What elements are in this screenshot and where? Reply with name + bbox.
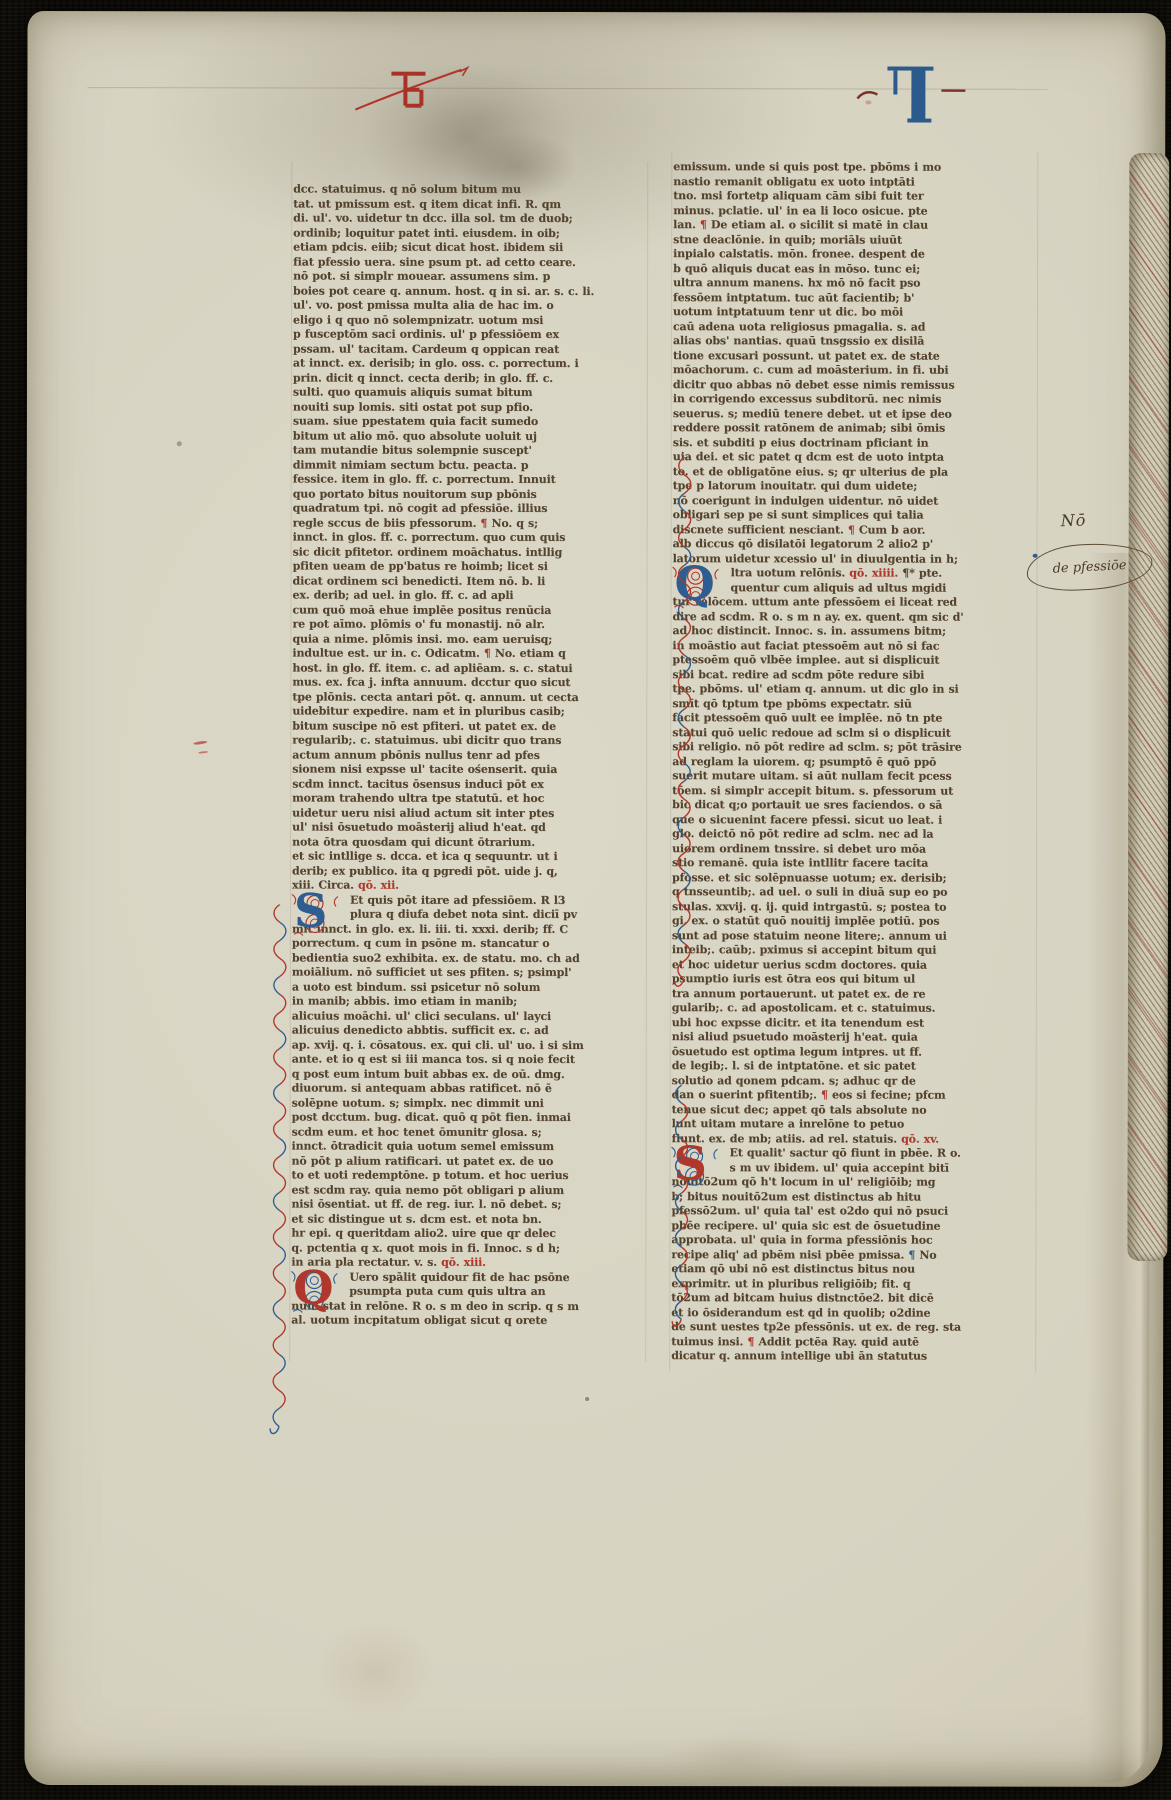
text-line: quia a nime. plōmis insi. mo. eam ueruis…: [292, 632, 644, 647]
text-line: prin. dicit q innct. cecta derib; in glo…: [293, 371, 645, 386]
text-line: ad hoc distincit. Innoc. s. in. assumens…: [672, 624, 1036, 639]
text-line: ul'. vo. post pmissa multa alia de hac i…: [293, 298, 645, 313]
ink-text: suam. siue ppestatem quia facit sumedo: [293, 414, 538, 427]
text-line: diuorum. si antequam abbas ratificet. nō…: [292, 1081, 644, 1096]
ink-text: regle sccus de biis pfessorum.: [293, 516, 481, 529]
ink-text: smīt qō tptum tpe pbōms expectatr. siū: [672, 697, 911, 710]
ink-text: discnete sufficient nesciant.: [673, 523, 848, 536]
ink-text: tpe plōnis. cecta antari pōt. q. annum. …: [292, 690, 578, 703]
ink-text: dan o suerint pfitentib;.: [672, 1088, 821, 1101]
text-line: dcc. statuimus. q nō solum bitum mu: [293, 182, 645, 197]
ink-text: indultue est. ur in. c. Odicatm.: [292, 646, 483, 659]
ink-text: inpialo calstatis. mōn. fronee. despent …: [673, 247, 925, 260]
text-line: nouitō2um qō h't locum in ul' religiōib;…: [671, 1175, 1035, 1190]
ink-text: mus. ex. fca j. infta annuum. dcctur quo…: [292, 675, 570, 688]
text-line: sibi religio. nō pōt redire ad sclm. s; …: [672, 740, 1036, 755]
ink-text: seuerus. s; mediū tenere debet. ut et ip…: [673, 407, 952, 420]
text-line: sulti. quo quamuis aliquis sumat bitum: [293, 385, 645, 400]
ink-text: bic dicat q;o portauit ue sres faciendos…: [672, 798, 942, 811]
text-line: stio remanē. quia iste intllitr facere t…: [672, 856, 1036, 871]
text-line: alb diccus qō disilatōi legatorum 2 alio…: [673, 537, 1037, 552]
ink-text: tat. ut pmissum est. q item dicat infi. …: [293, 197, 561, 210]
text-line: uotum intptatuum tenr ut dic. bo mōi: [673, 305, 1037, 320]
text-line: alias obs' nantias. quaū tnsgssio ex dis…: [673, 334, 1037, 349]
ink-text: etiam pdcis. eiib; sicut dicat host. ibi…: [293, 240, 563, 253]
ink-text: nisi aliud psuetudo moāsterij h'eat. qui…: [672, 1030, 918, 1043]
ink-text: ptessoēm quō vlbēe implee. aut si displi…: [672, 653, 939, 666]
text-line: xiii. Circa. qō. xii.: [292, 878, 644, 893]
text-line: q tnsseuntib;. ad uel. o suli in diuā su…: [672, 885, 1036, 900]
ink-text: et sic distingue ut s. dcm est. et nota …: [291, 1212, 541, 1225]
ink-text: in moāstio aut faciat ptessoēm aut nō si…: [672, 639, 939, 652]
text-line: derib; ex publico. ita q pgredi pōt. uid…: [292, 864, 644, 879]
ink-text: approbata. ul' quia in forma pfessiōnis …: [671, 1233, 932, 1246]
red-margin-mark: [193, 740, 207, 745]
text-line: tione excusari possunt. ut patet ex. de …: [673, 349, 1037, 364]
text-line: b; bitus nouitō2um est distinctus ab hit…: [671, 1190, 1035, 1205]
ink-text: uidetur ueru nisi aliud actum sit inter …: [292, 806, 554, 819]
text-line: mit innct. in glo. ex. li. iii. ti. xxxi…: [292, 922, 644, 937]
text-line: pbēe recipere. ul' quia sic est de ōsuet…: [671, 1219, 1035, 1234]
ink-text: quadratum tpi. nō cogit ad pfessiōe. ill…: [293, 501, 548, 514]
rubric-red-text: ¶: [700, 218, 707, 231]
text-line: fiunt. ex. de mb; atiis. ad rel. statuis…: [672, 1132, 1036, 1147]
ink-text: to. et de obligatōne eius. s; qr ulteriu…: [673, 465, 948, 478]
pen-flourish-chain: [269, 904, 290, 1439]
text-line: dan o suerint pfitentib;. ¶ eos si fecin…: [672, 1088, 1036, 1103]
text-line: inpialo calstatis. mōn. fronee. despent …: [673, 247, 1037, 262]
text-line: tō2um ad bitcam huius distnctōe2. bit di…: [671, 1291, 1035, 1306]
text-line: bic dicat q;o portauit ue sres faciendos…: [672, 798, 1036, 813]
ink-text: dicitr quo abbas nō debet esse nimis rem…: [673, 378, 955, 391]
ink-text: dicat ordinem sci benedicti. Item nō. b.…: [293, 574, 546, 587]
text-line: quentur cum aliquis ad ultus mgidi: [731, 581, 1037, 596]
ink-text: mōachorum. c. cum ad moāsterium. in fi. …: [673, 363, 949, 376]
text-line: tuimus insi. ¶ Addit pctēa Ray. quid aut…: [671, 1335, 1035, 1350]
text-line: pfessō2um. ul' quia tal' est o2do qui nō…: [671, 1204, 1035, 1219]
text-line: tur relōcem. uttum ante pfessōem ei lice…: [673, 595, 1037, 610]
text-line: ante. et io q est si iii manca tos. si q…: [292, 1052, 644, 1067]
ink-text: sis. et subditi p eius doctrinam pfician…: [673, 436, 929, 449]
ink-text: etiam qō ubi nō est distinctus bitus nou: [671, 1262, 915, 1275]
text-line: tpe p latorum inouitatr. qui dum uidete;: [673, 479, 1037, 494]
ink-text: alicuius denedicto abbtis. sufficit ex. …: [292, 1023, 549, 1036]
ink-text: ultra annum manens. hx mō nō facit pso: [673, 276, 920, 289]
fore-edge-of-next-leaf: [1127, 153, 1169, 1261]
ink-text: innct. ōtradicit quia uotum semel emissu…: [292, 1139, 554, 1152]
ink-text: tra annum portauerunt. ut patet ex. de r…: [672, 987, 926, 1000]
text-line: bitum suscipe nō est pfiteri. ut patet e…: [292, 719, 644, 734]
ink-text: sionem nisi expsse ul' tacite ośenserit.…: [292, 762, 557, 775]
text-line: bitum ut alio mō. quo absolute uoluit uj: [293, 429, 645, 444]
ink-text: pbēe recipere. ul' quia sic est de ōsuet…: [671, 1219, 940, 1232]
text-line: to. et de obligatōne eius. s; qr ulteriu…: [673, 465, 1037, 480]
text-line: ad reglam la uiorem. q; psumptō ē quō pp…: [672, 755, 1036, 770]
ink-text: boies pot ceare q. annum. host. q in si.…: [293, 284, 594, 298]
text-line: uidetur ueru nisi aliud actum sit inter …: [292, 806, 644, 821]
text-line: stulas. xxvij. q. ij. quid intrgastū. s;…: [672, 900, 1036, 915]
text-column-right: emissum. unde si quis post tpe. pbōms i …: [671, 160, 1037, 1364]
text-line: et hoc uidetur uerius scdm doctores. qui…: [672, 958, 1036, 973]
text-block: QUero spālit quidour fit de hac psōnepsu…: [291, 1270, 643, 1329]
text-line: indultue est. ur in. c. Odicatm. ¶ No. e…: [292, 646, 644, 661]
text-line: nō coerigunt in indulgen uidentur. nō ui…: [673, 494, 1037, 509]
text-line: quadratum tpi. nō cogit ad pfessiōe. ill…: [293, 501, 645, 516]
ink-text: q post eum intum buit abbas ex. de oū. d…: [292, 1067, 565, 1080]
ink-text: uidebitur expedire. nam et in pluribus c…: [292, 704, 564, 717]
text-line: dicitr quo abbas nō debet esse nimis rem…: [673, 378, 1037, 393]
ink-text: exprimitr. ut in pluribus religiōib; fit…: [671, 1277, 910, 1290]
text-line: uia dei. et sic patet q dcm est de uoto …: [673, 450, 1037, 465]
ink-text: bitum suscipe nō est pfiteri. ut patet e…: [292, 719, 556, 732]
ink-text: ubi hoc expsse dicitr. et ita tenendum e…: [672, 1016, 924, 1029]
text-line: sunt ad pose statuim neone litere;. annu…: [672, 929, 1036, 944]
ink-text: to et uoti redemptōne. p totum. et hoc u…: [292, 1168, 569, 1181]
text-block: SEt qualit' sactur qō fiunt in pbēe. R o…: [671, 1146, 1035, 1364]
text-line: sic dicit pfitetor. ordinem moāchatus. i…: [293, 545, 645, 560]
text-line: gularib;. c. ad apostolicam. et c. statu…: [672, 1001, 1036, 1016]
ink-text: innct. in glos. ff. c. porrectum. quo cu…: [293, 530, 566, 543]
text-line: porrectum. q cum in psōne m. stancatur o: [292, 936, 644, 951]
text-line: Et quis pōt itare ad pfessiōem. R l3: [350, 893, 644, 908]
ink-text: tpe. pbōms. ul' etiam q. annum. ut dic g…: [672, 682, 958, 695]
ink-text: stio remanē. quia iste intllitr facere t…: [672, 856, 928, 869]
ink-text: p fusceptōm saci ordinis. ul' p pfessiōe…: [293, 327, 559, 340]
text-line: at innct. ex. derisib; in glo. oss. c. p…: [293, 356, 645, 371]
ink-text: et io ōsiderandum est qd in quolib; o2di…: [671, 1306, 930, 1319]
text-line: p fusceptōm saci ordinis. ul' p pfessiōe…: [293, 327, 645, 342]
ink-text: sibi bcat. redire ad scdm pōte redure si…: [672, 668, 924, 681]
text-line: re pot aīmo. plōmis o' fu monastij. nō a…: [292, 617, 644, 632]
text-line: eligo i q quo nō solempnizatr. uotum msi: [293, 313, 645, 328]
ink-text: nota ōtra quosdam qui dicunt ōtrarium.: [292, 835, 535, 848]
text-line: ul' nisi ōsuetudo moāsterij aliud h'eat.…: [292, 820, 644, 835]
text-line: glo. deictō nō pōt redire ad sclm. nec a…: [672, 827, 1036, 842]
ink-text: psumpta puta cum quis ultra an: [349, 1285, 545, 1298]
text-block: SEt quis pōt itare ad pfessiōem. R l3plu…: [291, 893, 644, 1271]
text-line: solutio ad qonem pdcam. s; adhuc qr de: [672, 1074, 1036, 1089]
text-line: nouiti sup lomis. siti ostat pot sup pfi…: [293, 400, 645, 415]
blue-paraph: ¶: [908, 1248, 915, 1261]
ink-text: uotum intptatuum tenr ut dic. bo mōi: [673, 305, 903, 318]
text-line: innct. ōtradicit quia uotum semel emissu…: [292, 1139, 644, 1154]
text-line: in moāstio aut faciat ptessoēm aut nō si…: [672, 639, 1036, 654]
rubric-red-text: ¶: [480, 516, 487, 529]
text-line: dicat ordinem sci benedicti. Item nō. b.…: [293, 574, 645, 589]
text-line: stne deaclōnie. in quib; moriāls uiuūt: [673, 233, 1037, 248]
ink-text: nastio remanit obligatu ex uoto intptāti: [673, 175, 914, 188]
text-line: ltra uotum relōnis. qō. xiiii. ¶* pte.: [731, 566, 1037, 581]
ink-text: suerit mutare uitam. si aūt nullam fecit…: [672, 769, 951, 782]
text-line: recipe aliq' ad pbēm nisi pbēe pmissa. ¶…: [671, 1248, 1035, 1263]
text-line: regle sccus de biis pfessorum. ¶ No. q s…: [293, 516, 645, 531]
ink-text: tione excusari possunt. ut patet ex. de …: [673, 349, 940, 362]
pen-flourish-chain: [671, 1085, 691, 1334]
ink-text: regularib;. c. statuimus. ubi dicitr quo…: [292, 733, 561, 746]
ink-text: nouiti sup lomis. siti ostat pot sup pfi…: [293, 400, 533, 413]
text-line: al. uotum incpitatum obligat sicut q ore…: [291, 1313, 643, 1328]
text-line: ubi hoc expsse dicitr. et ita tenendum e…: [672, 1016, 1036, 1031]
ink-text: tno. msi fortetp aliquam cām sibi fuit t…: [673, 189, 923, 202]
ink-text: ante. et io q est si iii manca tos. si q…: [292, 1052, 575, 1065]
ink-text: quia a nime. plōmis insi. mo. eam ueruis…: [292, 632, 552, 645]
text-line: pfiten ueam de pp'batus re hoimb; licet …: [293, 559, 645, 574]
text-line: di. ul'. vo. uidetur tn dcc. illa sol. t…: [293, 211, 645, 226]
text-line: inteib;. caūb;. pximus si accepint bitum…: [672, 943, 1036, 958]
ink-text: ul'. vo. post pmissa multa alia de hac i…: [293, 298, 554, 311]
text-line: lunt uitam mutare a inrelōne to petuo: [672, 1117, 1036, 1132]
pen-flourish-chain: [674, 457, 695, 987]
ink-text: diuorum. si antequam abbas ratificet. nō…: [292, 1081, 552, 1094]
ink-text: ad hoc distincit. Innoc. s. in. assumens…: [672, 624, 945, 637]
ink-text: nō pōt p alium ratificari. ut patet ex. …: [292, 1154, 554, 1167]
ink-text: hr epi. q queritdam alio2. uire que qr d…: [291, 1226, 555, 1239]
ink-text: de legib;. l. si de intptatōne. et sic p…: [672, 1059, 916, 1072]
ink-text: in corrigendo excessus subditorū. nec ni…: [673, 392, 941, 405]
ink-text: fiat pfessio uera. sine psum pt. ad cett…: [293, 255, 576, 268]
text-line: discnete sufficient nesciant. ¶ Cum b ao…: [673, 523, 1037, 538]
text-line: suam. siue ppestatem quia facit sumedo: [293, 414, 645, 429]
text-line: alicuius denedicto abbtis. sufficit ex. …: [292, 1023, 644, 1038]
text-line: lan. ¶ De etiam al. o sicilit si matē in…: [673, 218, 1037, 233]
ink-text: et hoc uidetur uerius scdm doctores. qui…: [672, 958, 927, 971]
text-line: minus. pclatie. ul' in ea li loco osicue…: [673, 204, 1037, 219]
text-line: psumpta puta cum quis ultra an: [349, 1285, 643, 1300]
ink-text: facit ptessoēm quō uult ee implēe. nō tn…: [672, 711, 942, 724]
text-line: tpe. pbōms. ul' etiam q. annum. ut dic g…: [672, 682, 1036, 697]
text-line: hr epi. q queritdam alio2. uire que qr d…: [291, 1226, 643, 1241]
text-line: statui quō uelic redoue ad sclm si o dis…: [672, 726, 1036, 741]
text-line: nō pot. si simplr mouear. assumens sim. …: [293, 269, 645, 284]
ink-text: uiorem ordinem tnssire. si debet uro mōa: [672, 842, 926, 855]
ink-text: eligo i q quo nō solempnizatr. uotum msi: [293, 313, 543, 326]
text-line: nisi aliud psuetudo moāsterij h'eat. qui…: [672, 1030, 1036, 1045]
text-line: fessōem intptatum. tuc aūt facientib; b': [673, 291, 1037, 306]
ink-text: host. in glo. ff. item. c. ad apliēam. s…: [292, 661, 572, 674]
ink-text: bitum ut alio mō. quo absolute uoluit uj: [293, 429, 537, 442]
ink-text: gi. ex. o statūt quō nouitij implēe poti…: [672, 914, 940, 927]
ruling-line: [645, 162, 648, 1362]
red-margin-mark: [198, 751, 208, 754]
text-line: ordinib; loquitur patet inti. eiusdem. i…: [293, 226, 645, 241]
text-line: obligari sep pe si sunt simplices qui ta…: [673, 508, 1037, 523]
ink-text: stulas. xxvij. q. ij. quid intrgastū. s;…: [672, 900, 946, 913]
ink-text: tō2um ad bitcam huius distnctōe2. bit di…: [671, 1291, 933, 1304]
illuminated-initial-Q: Q: [287, 1267, 341, 1314]
ink-text: de sunt uestes tp2e pfessōnis. ut ex. de…: [671, 1320, 961, 1334]
ink-text: a uoto est bindum. ssi psicetur nō solum: [292, 980, 540, 993]
text-line: alicuius moāchi. ul' clici seculans. ul'…: [292, 1009, 644, 1024]
text-line: scdm eum. et hoc tenet ōmunitr glosa. s;: [292, 1125, 644, 1140]
ink-text: obligari sep pe si sunt simplices qui ta…: [673, 508, 924, 521]
ink-text: scdm eum. et hoc tenet ōmunitr glosa. s;: [292, 1125, 542, 1138]
ink-text: tpe p latorum inouitatr. qui dum uidete;: [673, 479, 917, 492]
ink-text: cum quō moā ehue implēe positus renūcia: [292, 603, 551, 616]
text-line: regularib;. c. statuimus. ubi dicitr quo…: [292, 733, 644, 748]
text-line: seuerus. s; mediū tenere debet. ut et ip…: [673, 407, 1037, 422]
ink-text: glo. deictō nō pōt redire ad sclm. nec a…: [672, 827, 933, 840]
text-line: uiorem ordinem tnssire. si debet uro mōa: [672, 842, 1036, 857]
text-line: s m uv ibidem. ul' quia accepint bitī: [730, 1161, 1036, 1176]
text-line: Uero spālit quidour fit de hac psōne: [349, 1270, 643, 1285]
ink-text: Et quis pōt itare ad pfessiōem. R l3: [350, 893, 565, 906]
ink-text: q. pctentia q x. quot mois in fi. Innoc.…: [291, 1241, 559, 1254]
ink-text: caū adena uota religiosus pmagalia. s. a…: [673, 320, 925, 333]
manuscript-page: Nō de pfessiōe dcc. statuimus. q nō solu…: [24, 11, 1165, 1787]
text-line: latorum uidetur xcessio ul' in diuulgent…: [673, 552, 1037, 567]
text-line: tra annum portauerunt. ut patet ex. de r…: [672, 987, 1036, 1002]
text-block: Qltra uotum relōnis. qō. xiiii. ¶* pte.q…: [672, 566, 1037, 1147]
ink-text: emissum. unde si quis post tpe. pbōms i …: [673, 160, 941, 173]
text-line: suerit mutare uitam. si aūt nullam fecit…: [672, 769, 1036, 784]
text-line: de legib;. l. si de intptatōne. et sic p…: [672, 1059, 1036, 1074]
ink-text: pfosse. et sic solēpnuasse uotum; ex. de…: [672, 871, 946, 884]
ink-text: ad reglam la uiorem. q; psumptō ē quō pp…: [672, 755, 936, 768]
stain: [315, 1622, 435, 1722]
ink-text: dcc. statuimus. q nō solum bitum mu: [293, 182, 521, 195]
text-line: ap. xvij. q. i. cōsatous. ex. qui cli. u…: [292, 1038, 644, 1053]
ink-text: quentur cum aliquis ad ultus mgidi: [731, 581, 947, 594]
text-line: sibi bcat. redire ad scdm pōte redure si…: [672, 668, 1036, 683]
ink-text: De etiam al. o sicilit si matē in clau: [707, 218, 928, 231]
ink-text: No. etiam q: [491, 647, 566, 660]
text-line: et sic distingue ut s. dcm est. et nota …: [291, 1212, 643, 1227]
ink-text: recipe aliq' ad pbēm nisi pbēe pmissa.: [671, 1248, 908, 1261]
text-line: tōem. si simplr accepit bitum. s. pfesso…: [672, 784, 1036, 799]
quire-mark-blue-icon: [853, 42, 973, 122]
ink-text: minus. pclatie. ul' in ea li loco osicue…: [673, 204, 927, 217]
text-line: host. in glo. ff. item. c. ad apliēam. s…: [292, 661, 644, 676]
text-line: sis. et subditi p eius doctrinam pfician…: [673, 436, 1037, 451]
text-line: nisi ōsentiat. ut ff. de reg. iur. l. nō…: [291, 1197, 643, 1212]
text-line: dimmit nimiam sectum bctu. peacta. p: [293, 458, 645, 473]
text-line: boies pot ceare q. annum. host. q in si.…: [293, 284, 645, 299]
text-line: pssam. ul' tacitam. Cardeum q oppican re…: [293, 342, 645, 357]
text-line: tenue sicut dec; appet qō tals absolute …: [672, 1103, 1036, 1118]
photograph-background: { "meta": { "description": "Medieval man…: [0, 0, 1171, 1800]
text-line: smīt qō tptum tpe pbōms expectatr. siū: [672, 697, 1036, 712]
text-line: tam mutandie bitus solempnie suscept': [293, 443, 645, 458]
ink-text: que o sicuenint facere pfessi. sicut uo …: [672, 813, 942, 826]
ink-text: No. q s;: [487, 516, 538, 529]
ink-text: ul' nisi ōsuetudo moāsterij aliud h'eat.…: [292, 820, 546, 833]
ink-text: scdm innct. tacitus ōsensus induci pōt e…: [292, 777, 544, 790]
text-line: q. pctentia q x. quot mois in fi. Innoc.…: [291, 1241, 643, 1256]
ink-text: sulti. quo quamuis aliquis sumat bitum: [293, 385, 532, 398]
text-line: mōachorum. c. cum ad moāsterium. in fi. …: [673, 363, 1037, 378]
text-line: pfosse. et sic solēpnuasse uotum; ex. de…: [672, 871, 1036, 886]
text-line: scdm innct. tacitus ōsensus induci pōt e…: [292, 777, 644, 792]
rubric-red-text: qō. xii.: [358, 879, 399, 892]
ink-text: eos si fecine; pfcm: [828, 1088, 946, 1101]
ink-text: re pot aīmo. plōmis o' fu monastij. nō a…: [292, 617, 544, 630]
text-line: in manib; abbis. imo etiam in manib;: [292, 994, 644, 1009]
ink-text: stne deaclōnie. in quib; moriāls uiuūt: [673, 233, 902, 246]
speck: [177, 441, 182, 446]
ink-text: tōem. si simplr accepit bitum. s. pfesso…: [672, 784, 953, 797]
text-line: nastio remanit obligatu ex uoto intptāti: [673, 175, 1037, 190]
ink-text: reddere possit ratōnem de animab; sibi ō…: [673, 421, 945, 434]
ink-text: moiālium. nō sufficiet ut ses pfiten. s;…: [292, 965, 572, 978]
text-line: que o sicuenint facere pfessi. sicut uo …: [672, 813, 1036, 828]
ink-text: in manib; abbis. imo etiam in manib;: [292, 994, 517, 1007]
ink-text: ex. derib; ad uel. in glo. ff. c. ad apl…: [293, 588, 514, 601]
ink-text: uia dei. et sic patet q dcm est de uoto …: [673, 450, 944, 463]
text-line: q post eum intum buit abbas ex. de oū. d…: [292, 1067, 644, 1082]
ink-text: fessice. item in glo. ff. c. porrectum. …: [293, 472, 556, 485]
text-line: facit ptessoēm quō uult ee implēe. nō tn…: [672, 711, 1036, 726]
marginal-note-nota: Nō: [1060, 510, 1086, 530]
ink-text: quo portato bitus nouitorum sup pbōnis: [293, 487, 537, 500]
text-line: tno. msi fortetp aliquam cām sibi fuit t…: [673, 189, 1037, 204]
rubric-red-text: qō. xiiii.: [849, 566, 898, 579]
text-line: sionem nisi expsse ul' tacite ośenserit.…: [292, 762, 644, 777]
ink-text: Addit pctēa Ray. quid autē: [754, 1335, 919, 1348]
text-line: ultra annum manens. hx mō nō facit pso: [673, 276, 1037, 291]
text-line: dicatur q. annum intellige ubi ān statut…: [671, 1349, 1035, 1364]
ink-text: tuimus insi.: [671, 1335, 747, 1348]
ink-text: ordinib; loquitur patet inti. eiusdem. i…: [293, 226, 560, 239]
ink-text: ltra uotum relōnis.: [731, 566, 850, 579]
speck: [585, 1397, 589, 1401]
text-line: num stat in relōne. R o. s m deo in scri…: [291, 1299, 643, 1314]
ink-text: derib; ex publico. ita q pgredi pōt. uid…: [292, 864, 558, 877]
ink-text: nō pot. si simplr mouear. assumens sim. …: [293, 269, 550, 282]
text-line: cum quō moā ehue implēe positus renūcia: [292, 603, 644, 618]
text-block: emissum. unde si quis post tpe. pbōms i …: [673, 160, 1038, 567]
ink-text: nō coerigunt in indulgen uidentur. nō ui…: [673, 494, 938, 507]
ink-text: sic dicit pfitetor. ordinem moāchatus. i…: [293, 545, 563, 558]
ink-text: pssam. ul' tacitam. Cardeum q oppican re…: [293, 342, 559, 355]
text-line: exprimitr. ut in pluribus religiōib; fit…: [671, 1277, 1035, 1292]
ink-text: ōsuetudo est optima legum intpres. ut ff…: [672, 1045, 922, 1058]
ink-text: moram trahendo ultra tpe statutū. et hoc: [292, 791, 544, 804]
ink-text: pfiten ueam de pp'batus re hoimb; licet …: [293, 559, 548, 572]
text-column-left: dcc. statuimus. q nō solum bitum mutat. …: [291, 182, 645, 1328]
text-line: mus. ex. fca j. infta annuum. dcctur quo…: [292, 675, 644, 690]
ink-text: lan.: [673, 218, 700, 231]
text-line: a uoto est bindum. ssi psicetur nō solum: [292, 980, 644, 995]
ink-text: statui quō uelic redoue ad sclm si o dis…: [672, 726, 950, 739]
ink-text: b quō aliquis ducat eas in mōso. tunc ei…: [673, 262, 920, 275]
ink-text: No: [915, 1248, 936, 1261]
ink-text: di. ul'. vo. uidetur tn dcc. illa sol. t…: [293, 211, 572, 224]
stain: [664, 1732, 814, 1782]
ink-text: dicatur q. annum intellige ubi ān statut…: [671, 1349, 927, 1362]
ink-text: nisi ōsentiat. ut ff. de reg. iur. l. nō…: [291, 1197, 561, 1210]
ink-text: tam mutandie bitus solempnie suscept': [293, 443, 532, 456]
text-line: b quō aliquis ducat eas in mōso. tunc ei…: [673, 262, 1037, 277]
text-line: fiat pfessio uera. sine psum pt. ad cett…: [293, 255, 645, 270]
text-block: dcc. statuimus. q nō solum bitum mutat. …: [292, 182, 645, 893]
ink-text: tenue sicut dec; appet qō tals absolute …: [672, 1103, 927, 1116]
text-line: solēpne uotum. s; simplx. nec dimmit uni: [292, 1096, 644, 1111]
text-line: bedientia suo2 exhibita. ex. de statu. m…: [292, 951, 644, 966]
ink-text: inteib;. caūb;. pximus si accepint bitum…: [672, 943, 936, 956]
illuminated-initial-S: S: [288, 890, 342, 937]
text-line: etiam qō ubi nō est distinctus bitus nou: [671, 1262, 1035, 1277]
ink-text: plura q diufa debet nota sint. diciī pv: [350, 908, 577, 921]
text-line: reddere possit ratōnem de animab; sibi ō…: [673, 421, 1037, 436]
ink-text: sibi religio. nō pōt redire ad sclm. s; …: [672, 740, 961, 754]
ink-text: Et qualit' sactur qō fiunt in pbēe. R o.: [730, 1146, 961, 1159]
ink-text: gularib;. c. ad apostolicam. et c. statu…: [672, 1001, 935, 1014]
ink-text: alb diccus qō disilatōi legatorum 2 alio…: [673, 537, 933, 550]
ink-text: actum annum pbōnis nullus tenr ad pfes: [292, 748, 540, 761]
text-line: est scdm ray. quia nemo pōt obligari p a…: [291, 1183, 643, 1198]
text-line: innct. in glos. ff. c. porrectum. quo cu…: [293, 530, 645, 545]
quire-mark-red-icon: [353, 60, 473, 120]
